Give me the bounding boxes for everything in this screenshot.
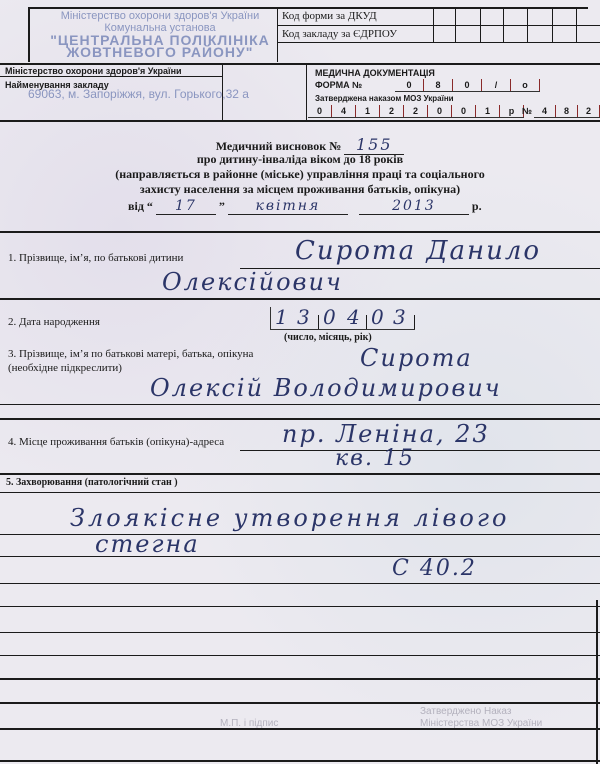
date-quote: ”	[219, 199, 225, 213]
header-row2-bottom	[0, 120, 600, 122]
medical-doc-label: МЕДИЧНА ДОКУМЕНТАЦІЯ	[315, 68, 435, 78]
address-value-line2: кв. 15	[335, 446, 415, 471]
year-suffix: р.	[472, 199, 482, 213]
birth-date-hint: (число, місяць, рік)	[284, 332, 372, 343]
parent-name-label: 3. Прізвище, ім’я по батькові матері, ба…	[8, 348, 253, 360]
order-digit: р	[500, 105, 524, 117]
birth-digit: 4	[347, 305, 362, 329]
ministry-label: Міністерство охорони здоров'я України	[5, 66, 182, 76]
section3-underline	[0, 404, 600, 405]
parent-name-value-line1: Сирота	[360, 344, 473, 372]
stamp-address: 69063, м. Запоріжжя, вул. Горького,32 а	[28, 87, 249, 101]
disease-line4	[0, 583, 600, 584]
form-digit: /	[482, 79, 511, 91]
blank-line	[0, 678, 600, 680]
issue-date: від “ 17 ” квітня 2013 р.	[128, 198, 508, 215]
bleed-through-text: М.П. і підпис	[220, 718, 278, 729]
order-no-digit: 8	[556, 105, 578, 117]
order-no-digit: 2	[578, 105, 600, 117]
order-digit: 1	[356, 105, 380, 117]
order-digit: 2	[380, 105, 404, 117]
form-digit: 0	[453, 79, 482, 91]
birth-digit: 0	[323, 305, 338, 329]
order-digit: 1	[476, 105, 500, 117]
child-name-value-line1: Сирота Данило	[295, 236, 541, 266]
order-number-cells: 4 8 2	[534, 105, 600, 118]
page-right-border	[596, 600, 598, 764]
stamp-ministry: Міністерство охорони здоров'я України	[40, 10, 280, 22]
ministry-row-divider	[0, 76, 222, 77]
order-digit: 2	[404, 105, 428, 117]
address-label: 4. Місце проживання батьків (опікуна)-ад…	[8, 436, 224, 448]
disease-line2	[0, 534, 600, 535]
date-from-label: від “	[128, 199, 153, 213]
issue-year: 2013	[359, 198, 469, 215]
disease-code: С 40.2	[392, 556, 477, 581]
title-label: Медичний висновок №	[216, 139, 342, 153]
form-number-cells: 0 8 0 / о	[395, 79, 540, 92]
order-no-digit: 4	[534, 105, 556, 117]
disease-value-line2: стегна	[95, 530, 200, 558]
order-date-cells: 0 4 1 2 2 0 0 1 р	[308, 105, 524, 118]
order-digit: 4	[332, 105, 356, 117]
birth-digit: 1	[275, 305, 290, 329]
code-cells-start	[433, 7, 434, 43]
medical-form-page: Міністерство охорони здоров'я України Ко…	[0, 0, 600, 764]
form-digit: о	[511, 79, 540, 91]
form-digit: 0	[395, 79, 424, 91]
edrpou-label: Код закладу за ЄДРПОУ	[282, 28, 397, 40]
header-left-border	[28, 7, 30, 62]
disease-line1	[0, 492, 600, 493]
order-digit: 0	[452, 105, 476, 117]
disease-line3	[0, 556, 600, 557]
disease-label: 5. Захворювання (патологічний стан )	[6, 477, 178, 488]
bleed-through-text: Затверджено Наказ	[420, 706, 511, 717]
order-digit: 0	[428, 105, 452, 117]
title-subtitle: про дитину-інваліда віком до 18 років	[60, 152, 540, 167]
parent-name-note: (необхідне підкреслити)	[8, 362, 122, 374]
form-label: ФОРМА №	[315, 80, 362, 90]
page-bottom-line	[0, 760, 600, 762]
bleed-through-text: Міністерства МОЗ України	[420, 718, 542, 729]
section5-top	[0, 473, 600, 475]
parent-name-value-line2: Олексій Володимирович	[150, 374, 502, 402]
title-note-line1: (направляється в районне (міське) управл…	[60, 167, 540, 182]
address-value-line1: пр. Леніна, 23	[282, 420, 490, 448]
birth-digit: 3	[393, 305, 408, 329]
section1-top	[0, 231, 600, 233]
birth-date-cells: 1 3 0 4 0 3	[270, 307, 415, 330]
address-underline	[240, 450, 600, 451]
birth-digit: 3	[297, 305, 312, 329]
institution-stamp: Міністерство охорони здоров'я України Ко…	[40, 10, 280, 58]
meddoc-left-border	[306, 63, 307, 121]
title-note-line2: захисту населення за місцем проживання б…	[60, 182, 540, 197]
child-name-label: 1. Прізвище, ім’я, по батькові дитини	[8, 252, 183, 264]
issue-day: 17	[156, 198, 216, 215]
form-digit: 8	[424, 79, 453, 91]
issue-month: квітня	[228, 198, 348, 215]
blank-line	[0, 702, 600, 704]
birth-digit: 0	[371, 305, 386, 329]
header-top-border	[28, 7, 588, 9]
blank-line	[0, 655, 600, 656]
birth-date-label: 2. Дата народження	[8, 316, 100, 328]
header-row2-top	[0, 63, 600, 65]
child-name-value-line2: Олексійович	[162, 268, 343, 296]
order-digit: 0	[308, 105, 332, 117]
disease-value-line1: Злоякісне утворення лівого	[70, 504, 509, 532]
stamp-name-line2: ЖОВТНЕВОГО РАЙОНУ"	[40, 46, 280, 58]
dkud-label: Код форми за ДКУД	[282, 10, 377, 22]
approved-label: Затверджена наказом МОЗ України	[315, 94, 454, 103]
blank-line	[0, 606, 600, 607]
blank-line	[0, 632, 600, 633]
order-no-label: №	[522, 106, 532, 116]
section2-top	[0, 298, 600, 300]
